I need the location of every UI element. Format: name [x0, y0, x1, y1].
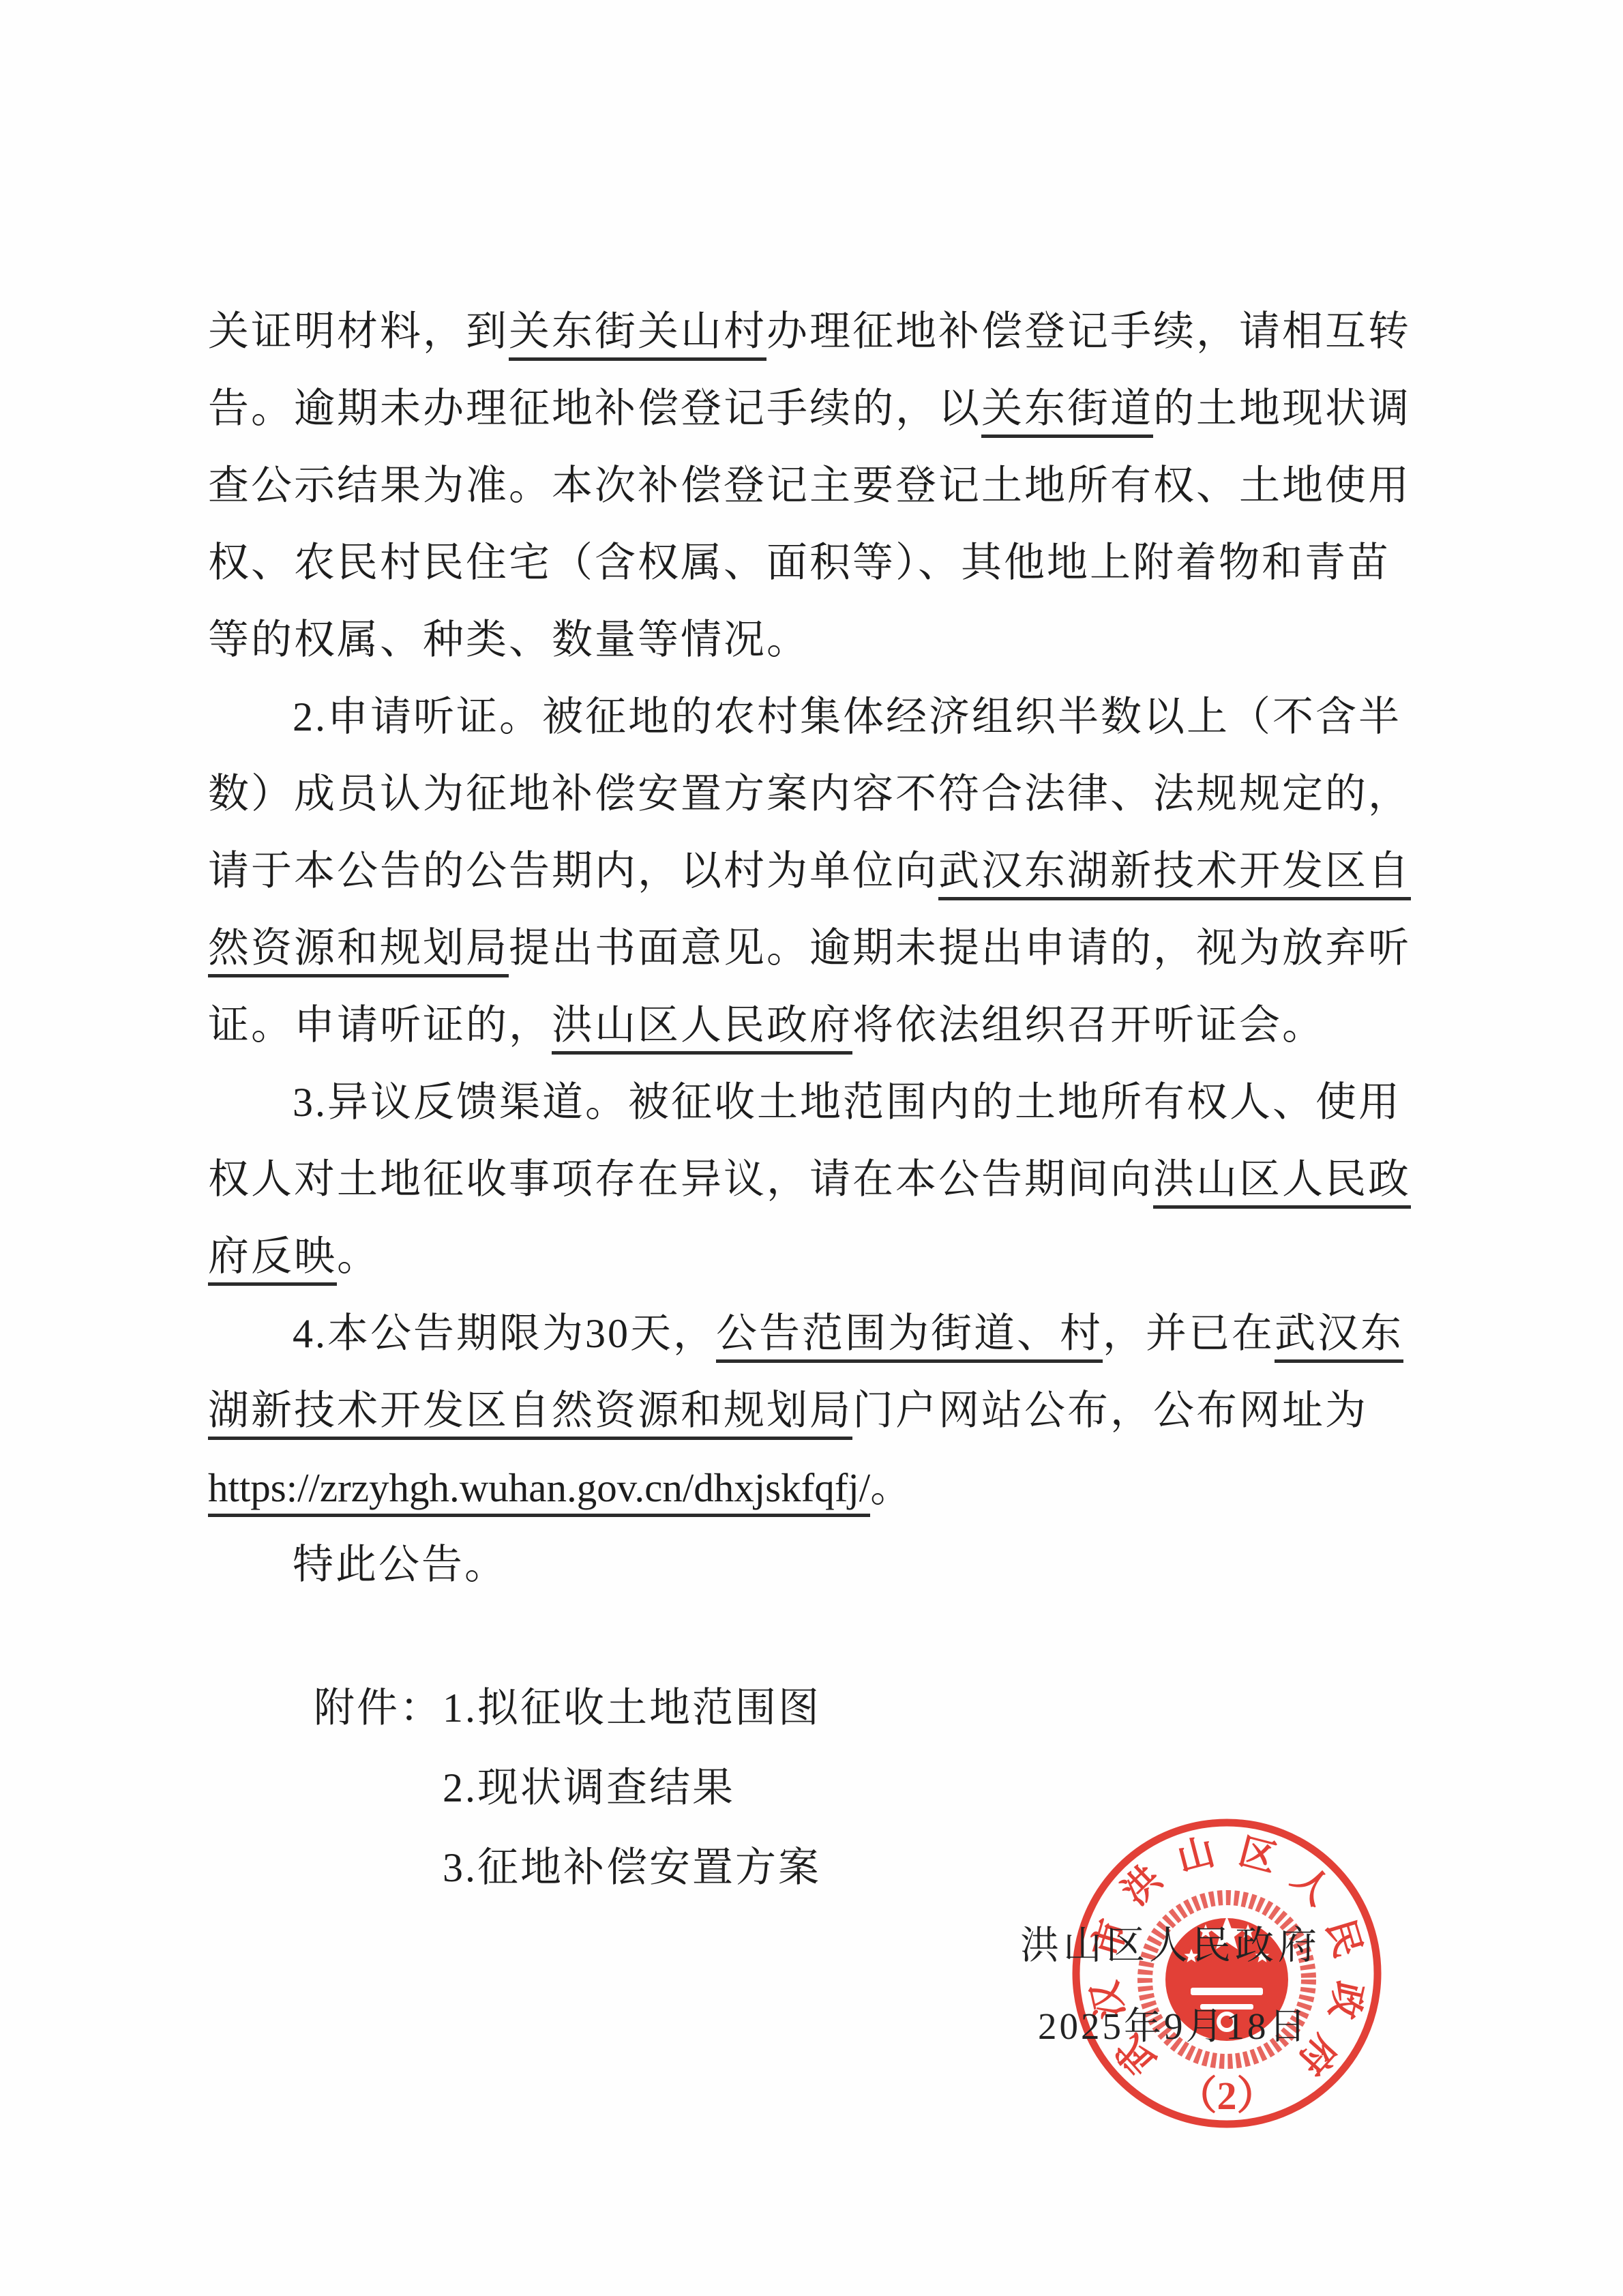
text-line: 权、农民村民住宅（含权属、面积等）、其他地上附着物和青苗: [208, 525, 1435, 602]
seal-ring-char: 区: [1235, 1831, 1281, 1880]
body-text: 等的权属、种类、数量等情况。: [208, 617, 809, 662]
body-text: 3.异议反馈渠道。被征收土地范围内的土地所有权人、使用: [293, 1080, 1401, 1125]
text-line: 告。逾期未办理征地补偿登记手续的，以关东街道的土地现状调: [208, 370, 1435, 447]
seal-ring-char: 政: [1322, 1977, 1369, 2022]
text-line: 4.本公告期限为30天，公告范围为街道、村，并已在武汉东: [208, 1295, 1435, 1372]
text-line: https://zrzyhgh.wuhan.gov.cn/dhxjskfqfj/…: [208, 1449, 1435, 1527]
attachments-first-line: 附件：1.拟征收土地范围图: [314, 1668, 821, 1748]
underlined-text: 洪山区人民政: [1153, 1157, 1411, 1209]
text-line: 特此公告。: [208, 1527, 1435, 1604]
signature-issuer: 洪山区人民政府: [1020, 1914, 1321, 1970]
text-line: 府反映。: [208, 1218, 1435, 1295]
body-text: 2.申请听证。被征地的农村集体经济组织半数以上（不含半: [293, 694, 1401, 739]
body-text: 办理征地补偿登记手续，请相互转: [766, 309, 1411, 354]
seal-number: （2）: [1177, 2074, 1276, 2118]
underlined-text: 武汉东: [1275, 1311, 1403, 1363]
body-text: 提出书面意见。逾期未提出申请的，视为放弃听: [509, 926, 1411, 971]
body-text: 关证明材料，到: [208, 309, 509, 354]
signature-date: 2025年9月18日: [1038, 1996, 1309, 2050]
underlined-text: 洪山区人民政府: [552, 1003, 852, 1055]
underlined-text: 武汉东湖新技术开发区自: [938, 849, 1411, 900]
body-text: 特此公告。: [293, 1542, 507, 1587]
attachment-item: 2.现状调查结果: [314, 1748, 821, 1828]
underlined-text: 关东街道: [981, 386, 1153, 438]
body-text: 。: [337, 1234, 380, 1279]
attachment-item: 3.征地补偿安置方案: [314, 1828, 821, 1908]
body-text: 门户网站公布，公布网址为: [852, 1388, 1368, 1433]
body-text: 告。逾期未办理征地补偿登记手续的，以: [208, 386, 981, 431]
text-line: 关证明材料，到关东街关山村办理征地补偿登记手续，请相互转: [208, 293, 1435, 370]
document-body: 关证明材料，到关东街关山村办理征地补偿登记手续，请相互转告。逾期未办理征地补偿登…: [208, 293, 1435, 1604]
official-seal: 武汉市洪山区人民政府 （2）: [1069, 1816, 1384, 2131]
attachments-block: 附件：1.拟征收土地范围图2.现状调查结果3.征地补偿安置方案: [314, 1668, 821, 1908]
url-text: https://zrzyhgh.wuhan.gov.cn/dhxjskfqfj/: [208, 1465, 870, 1517]
text-line: 证。申请听证的，洪山区人民政府将依法组织召开听证会。: [208, 987, 1435, 1064]
body-text: 权人对土地征收事项存在异议，请在本公告期间向: [208, 1157, 1153, 1202]
body-text: 4.本公告期限为30天，: [293, 1311, 716, 1356]
underlined-text: 府反映: [208, 1234, 337, 1286]
underlined-text: 湖新技术开发区自然资源和规划局: [208, 1388, 852, 1440]
body-text: 数）成员认为征地补偿安置方案内容不符合法律、法规规定的，: [208, 771, 1411, 816]
body-text: 证。申请听证的，: [208, 1003, 552, 1048]
body-text: 将依法组织召开听证会。: [852, 1003, 1325, 1048]
body-text: ，并已在: [1103, 1311, 1275, 1356]
underlined-text: 然资源和规划局: [208, 926, 509, 977]
scanned-notice-page: 关证明材料，到关东街关山村办理征地补偿登记手续，请相互转告。逾期未办理征地补偿登…: [0, 0, 1623, 2296]
body-text: 。: [870, 1465, 913, 1510]
emblem-gate-bar: [1191, 1988, 1263, 1995]
body-text: 的土地现状调: [1153, 386, 1411, 431]
text-line: 湖新技术开发区自然资源和规划局门户网站公布，公布网址为: [208, 1372, 1435, 1449]
text-line: 然资源和规划局提出书面意见。逾期未提出申请的，视为放弃听: [208, 910, 1435, 987]
underlined-text: 关东街关山村: [509, 309, 766, 361]
text-line: 请于本公告的公告期内，以村为单位向武汉东湖新技术开发区自: [208, 833, 1435, 910]
seal-ring-char: 山: [1173, 1831, 1219, 1880]
seal-ring-char: 民: [1319, 1915, 1369, 1962]
body-text: 请于本公告的公告期内，以村为单位向: [208, 849, 938, 894]
underlined-text: 公告范围为街道、村: [716, 1311, 1103, 1363]
body-text: 权、农民村民住宅（含权属、面积等）、其他地上附着物和青苗: [208, 540, 1390, 585]
text-line: 查公示结果为准。本次补偿登记主要登记土地所有权、土地使用: [208, 447, 1435, 525]
text-line: 2.申请听证。被征地的农村集体经济组织半数以上（不含半: [208, 679, 1435, 756]
text-line: 数）成员认为征地补偿安置方案内容不符合法律、法规规定的，: [208, 756, 1435, 833]
body-text: 查公示结果为准。本次补偿登记主要登记土地所有权、土地使用: [208, 463, 1411, 508]
text-line: 3.异议反馈渠道。被征收土地范围内的土地所有权人、使用: [208, 1064, 1435, 1141]
text-line: 等的权属、种类、数量等情况。: [208, 602, 1435, 679]
text-line: 权人对土地征收事项存在异议，请在本公告期间向洪山区人民政: [208, 1141, 1435, 1218]
